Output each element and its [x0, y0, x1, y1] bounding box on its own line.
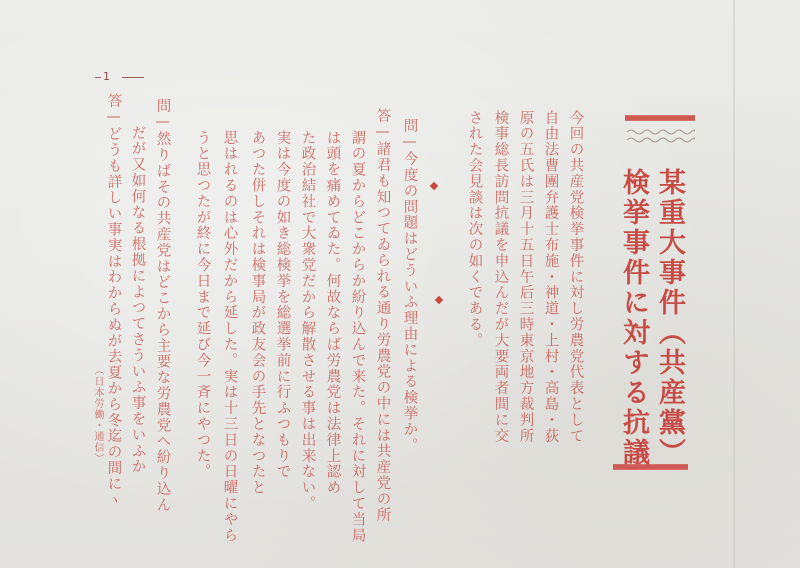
title-line-2: 検挙事件に対する抗議: [620, 168, 647, 468]
page-number: 1: [103, 70, 110, 83]
q1-answer-line-5: 実は今度の如き総検挙を総選挙前に行ふつもりで: [275, 130, 290, 480]
paper-fold-crease: [733, 0, 735, 568]
intro-line-2: 自由法曹團弁護士布施・神道・上村・高島・荻: [543, 110, 558, 444]
q2-question-line-2: だが又如何なる根拠によつてさういふ事をいふか: [130, 125, 145, 475]
intro-line-1: 今回の共産党検挙事件に対し労農党代表として: [568, 110, 583, 444]
intro-line-4: 検事総長訪問抗議を申込んだが大要両者間に交: [493, 110, 508, 444]
page-number-rule-left: [95, 77, 101, 78]
document-page: 1 某重大事件（共産黨） 検挙事件に対する抗議 今回の共産党検挙事件に対し労農党…: [0, 0, 800, 568]
intro-line-5: された会見談は次の如くである。: [467, 110, 482, 349]
q1-answer-line-2: 謂の夏からどこからか紛り込んで来た。それに対して当局: [350, 130, 365, 543]
title-line-1: 某重大事件（共産黨）: [656, 168, 683, 468]
q1-answer-line-1: 答—諸君も知つてゐられる通り労農党の中には共産党の所: [375, 108, 390, 523]
q1-answer-line-4: た政治結社で大衆党だから解散させる事は出来ない。: [300, 130, 315, 512]
diamond-ornament-2: [435, 296, 443, 304]
title-wave-ornament: [627, 126, 695, 148]
q2-answer-line-1: 答—どうも詳しい事実はわからぬが去夏から冬迄の間にヽ: [106, 93, 121, 508]
source-attribution: （日本労働・通信）: [92, 365, 102, 464]
q1-answer-line-6: あつた併しそれは検事局が政友会の手先となつたと: [250, 130, 265, 496]
diamond-ornament-1: [430, 182, 438, 190]
title-top-bar: [625, 115, 695, 121]
q2-question-line-1: 問—然りばその共産党はどこから主要な労農党へ紛り込ん: [155, 98, 170, 513]
q1-answer-line-8: うと思つたが終に今日まで延び今一斉にやつた。: [195, 130, 210, 480]
page-number-rule-right: [122, 77, 144, 78]
q1-question-line-1: 問—今度の問題はどういふ理由による検挙か。: [402, 118, 417, 453]
q1-answer-line-3: は頭を痛めてゐた。何故ならば労農党は法律上認め: [325, 130, 340, 496]
q1-answer-line-7: 思はれるのは心外だから延した。実は十三日の日曜にやら: [222, 130, 237, 543]
intro-line-3: 原の五氏は三月十五日午后三時東京地方裁判所: [518, 110, 533, 444]
